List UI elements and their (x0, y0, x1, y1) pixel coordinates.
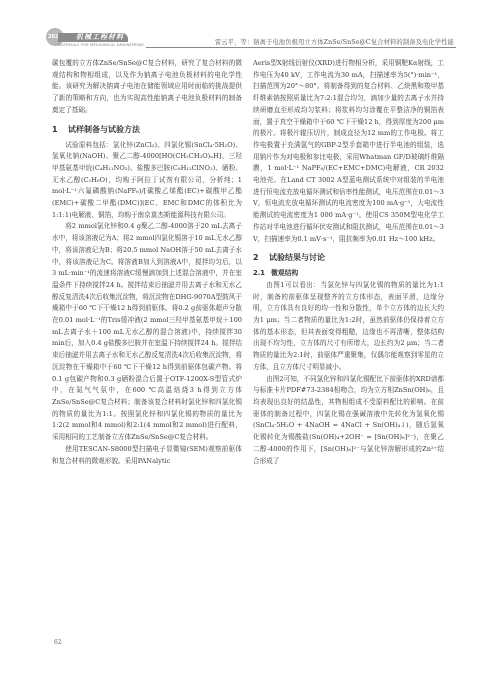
section-heading-1: 1试样制备与试验方法 (52, 124, 242, 136)
left-column: 碳包覆的立方体ZnSe/SnSe@C复合材料，研究了复合材料的微观结构和物相组成… (52, 58, 242, 467)
journal-english-name: MATERIALS FOR MECHANICAL ENGINEERING (58, 43, 144, 47)
page-header: 2020 机械工程材料 MATERIALS FOR MECHANICAL ENG… (46, 28, 456, 54)
right-column: Aeris型X射线衍射仪(XRD)进行物相分析，采用铜靶Kα射线，工作电压为40… (253, 58, 444, 467)
xrd-results-paragraph: 由图2可知，不同氯化锌和四氯化锡配比下前驱体的XRD谱都与标准卡片PDF#73-… (253, 374, 444, 468)
section-title: 试验结果与讨论 (269, 253, 325, 262)
running-title: 雷云平，等：钠离子电池负极用立方体ZnSe/SnSe@C复合材料的制备及电化学性… (215, 37, 454, 46)
subsection-number: 2.1 (253, 268, 271, 280)
subsection-heading-2-1: 2.1微观结构 (253, 268, 444, 280)
preparation-paragraph: 将2 mmol氯化锌和0.4 g聚乙二醇-4000溶于20 mL去离子水中，将该… (52, 221, 242, 443)
materials-paragraph: 试验原料包括：氯化锌(ZnCl₂)、四氯化锡(SnCl₄·5H₂O)、氢氧化钠(… (52, 140, 242, 222)
morphology-paragraph: 由图1可以看出：当氯化锌与四氯化锡的物质的量比为1:1时，制备的前驱体呈现整齐的… (253, 280, 444, 374)
journal-logo: 机械工程材料 (58, 33, 128, 42)
section-title: 试样制备与试验方法 (68, 125, 140, 134)
page-number: 62 (54, 639, 62, 646)
intro-paragraph: 碳包覆的立方体ZnSe/SnSe@C复合材料，研究了复合材料的微观结构和物相组成… (52, 58, 242, 117)
section-number: 1 (52, 124, 68, 136)
header-divider (146, 47, 456, 48)
xrd-electrode-paragraph: Aeris型X射线衍射仪(XRD)进行物相分析，采用铜靶Kα射线，工作电压为40… (253, 58, 444, 245)
section-number: 2 (253, 252, 269, 264)
section-heading-2: 2试验结果与讨论 (253, 252, 444, 264)
subsection-title: 微观结构 (271, 269, 298, 277)
characterization-paragraph: 使用TESCAN-S8000型扫描电子显微镜(SEM)观察前驱体和复合材料的微观… (52, 444, 242, 467)
